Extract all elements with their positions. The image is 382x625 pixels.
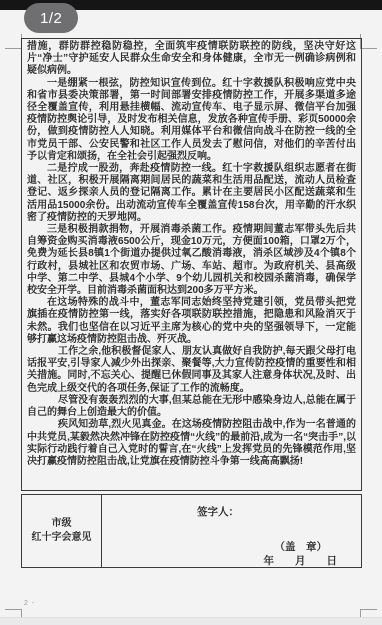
page-indicator-label: 1/2 xyxy=(40,10,62,27)
body-paragraph: 二是拧成一股劲，奔赴疫情防控一线。红十字救援队组织志愿者在街道、社区，积极开展隔… xyxy=(27,163,356,224)
body-paragraph: 在这场特殊的战斗中，董志军同志始终坚持党建引领，党员带头把党旗插在疫情防控第一线… xyxy=(27,297,356,346)
signer-label: 签字人： xyxy=(197,504,239,519)
document-viewer: 1/2 措施，群防群控稳防稳控，全面筑牢疫情联防联控的防线，坚决守好这片“净士”… xyxy=(0,0,382,625)
date-label: 年 月 日 xyxy=(264,553,338,568)
signature-table: 市级 红十字会意见 签字人： （盖 章） 年 月 日 xyxy=(21,494,362,568)
body-paragraph: 疾风知劲草,烈火见真金。在这场疫情防控阻击战中,作为一名普通的中共党员,某毅然决… xyxy=(27,419,356,468)
page-indicator-badge: 1/2 xyxy=(24,3,78,33)
body-paragraph: 尽管没有轰轰烈烈的大事,但某总能在无形中感染身边人,总能在属于自己的舞台上创造最… xyxy=(27,395,356,419)
body-paragraph: 三是积极捐款捐物，开展消毒杀菌工作。疫情期间董志军带头先后共自筹资金购买消毒液6… xyxy=(27,224,356,297)
margin-mark-top-left-icon xyxy=(5,34,22,49)
seal-label: （盖 章） xyxy=(275,539,328,554)
body-paragraph: 措施，群防群控稳防稳控，全面筑牢疫情联防联控的防线，坚决守好这片“净士”守护延安… xyxy=(27,41,356,78)
margin-mark-top-right-icon xyxy=(360,34,377,49)
page-gap-strip xyxy=(0,617,382,625)
body-paragraph: 工作之余,他积极督促家人、朋友认真做好自我防护,每天跟父母打电话报平安,引导家人… xyxy=(27,346,356,395)
reviewer-opinion-cell: 市级 红十字会意见 xyxy=(22,495,102,567)
reviewer-opinion-label-line1: 市级 xyxy=(52,517,72,531)
document-text-block: 措施，群防群控稳防稳控，全面筑牢疫情联防联控的防线，坚决守好这片“净士”守护延安… xyxy=(21,38,362,491)
footer-page-number: 2 - xyxy=(24,600,35,607)
reviewer-opinion-label-line2: 红十字会意见 xyxy=(32,531,92,545)
body-paragraph: 一是绷紧一根弦，防控知识宣传到位。红十字救援队积极响应党中央和省市县委决策部署，… xyxy=(27,78,356,163)
signature-cell: 签字人： （盖 章） 年 月 日 xyxy=(102,495,361,567)
